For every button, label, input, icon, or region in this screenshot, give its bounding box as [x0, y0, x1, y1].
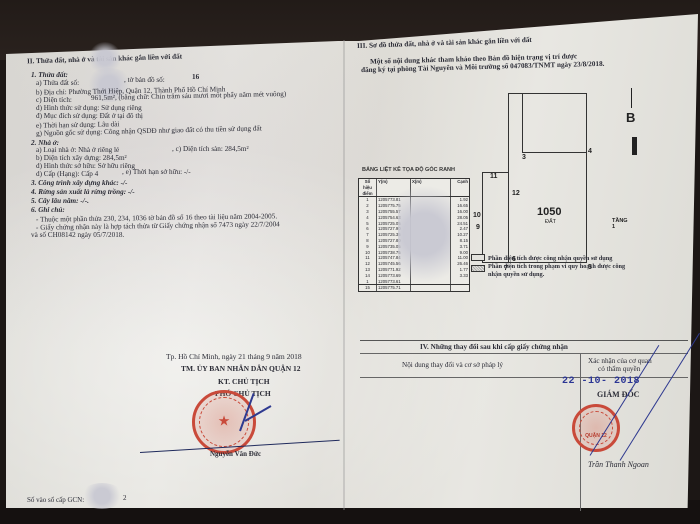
north-arrow-icon	[631, 88, 632, 108]
table-cell	[451, 279, 469, 285]
seal-text: QUẬN 12	[575, 433, 617, 439]
signing-role-1: KT. CHỦ TỊCH	[218, 377, 270, 386]
point-4: 4	[588, 148, 592, 155]
legend-swatch-plain	[471, 254, 485, 261]
parcel-number: 1050	[537, 206, 561, 218]
use-purpose: đ) Mục đích sử dụng: Đất ở tại đô thị	[36, 112, 143, 121]
point-9: 9	[476, 224, 480, 231]
changes-col-1: Nội dung thay đổi và cơ sở pháp lý	[402, 361, 503, 370]
forest: 4. Rừng sản xuất là rừng trồng: -/-	[31, 188, 135, 197]
section-iv-title: IV. Những thay đổi sau khi cấp giấy chứn…	[420, 343, 568, 352]
point-10: 10	[473, 212, 481, 219]
section-iv-changes: IV. Những thay đổi sau khi cấp giấy chứn…	[360, 340, 688, 510]
note-3: và số CH08142 ngày 05/7/2018.	[31, 231, 124, 240]
site-plan: 1050 ĐẤT 11 12 3 4 5 6 7 8 9 10 TẦNG 1	[482, 88, 602, 268]
signing-place-date: Tp. Hồ Chí Minh, ngày 21 tháng 9 năm 201…	[166, 352, 302, 361]
star-emblem-icon: ★	[218, 414, 231, 431]
legend-text-1: Phần diện tích được công nhận quyền sử d…	[488, 254, 612, 263]
parcel-sub: ĐẤT	[545, 219, 556, 225]
own-term: , e) Thời hạn sở hữu: -/-	[122, 168, 191, 177]
notes-heading: 6. Ghi chú:	[31, 206, 65, 215]
table-cell: 1	[359, 279, 377, 285]
register-label: Số vào sổ cấp GCN:	[27, 496, 84, 505]
director-role: GIÁM ĐỐC	[597, 390, 639, 399]
plan-edge	[522, 93, 523, 153]
point-3: 3	[522, 154, 526, 161]
signer-name-right: Trần Thanh Ngoan	[588, 460, 649, 469]
grade: d) Cấp (Hạng): Cấp 4	[36, 170, 98, 179]
floor-area: , c) Diện tích sàn: 284,5m²	[172, 145, 249, 154]
north-label: B	[626, 110, 635, 125]
date-stamp: 22 -10- 2018	[562, 376, 640, 387]
page-fold	[343, 40, 345, 510]
redaction-blur	[80, 483, 124, 509]
point-11: 11	[490, 173, 497, 180]
map-sheet-value: 16	[192, 73, 199, 82]
table-cell: 15	[359, 285, 377, 291]
plan-edge	[522, 152, 586, 153]
signing-org: TM. ỦY BAN NHÂN DÂN QUẬN 12	[181, 364, 301, 373]
table-cell	[451, 285, 469, 291]
other-works: 3. Công trình xây dựng khác: -/-	[31, 179, 127, 188]
point-12: 12	[512, 190, 520, 197]
floor-label: TẦNG 1	[612, 218, 628, 230]
redaction-blur	[398, 170, 450, 298]
header-point: Số hiệu điểm	[359, 179, 377, 196]
north-arrow-tail-icon	[632, 137, 637, 155]
header-edge: Cạnh	[451, 179, 469, 196]
official-seal-left: ★	[192, 390, 256, 454]
parcel-label: a) Thửa đất số:	[36, 79, 79, 88]
plan-edge	[508, 93, 586, 94]
plan-edge	[508, 93, 509, 263]
register-suffix: 2	[123, 494, 127, 503]
map-sheet-label: , tờ bản đồ số:	[124, 76, 165, 85]
seal-ring	[579, 411, 613, 445]
perennial: 5. Cây lâu năm: -/-.	[31, 197, 89, 206]
signer-name-left: Nguyễn Văn Đức	[210, 450, 261, 459]
table-rule	[360, 353, 688, 354]
legend-swatch-hatched	[471, 265, 485, 272]
plan-edge	[482, 172, 483, 262]
plan-edge	[586, 93, 587, 263]
changes-col-2b: có thẩm quyền	[598, 365, 640, 374]
legend-text-2: Phần diện tích trong phạm vi quy hoạch đ…	[488, 263, 633, 278]
